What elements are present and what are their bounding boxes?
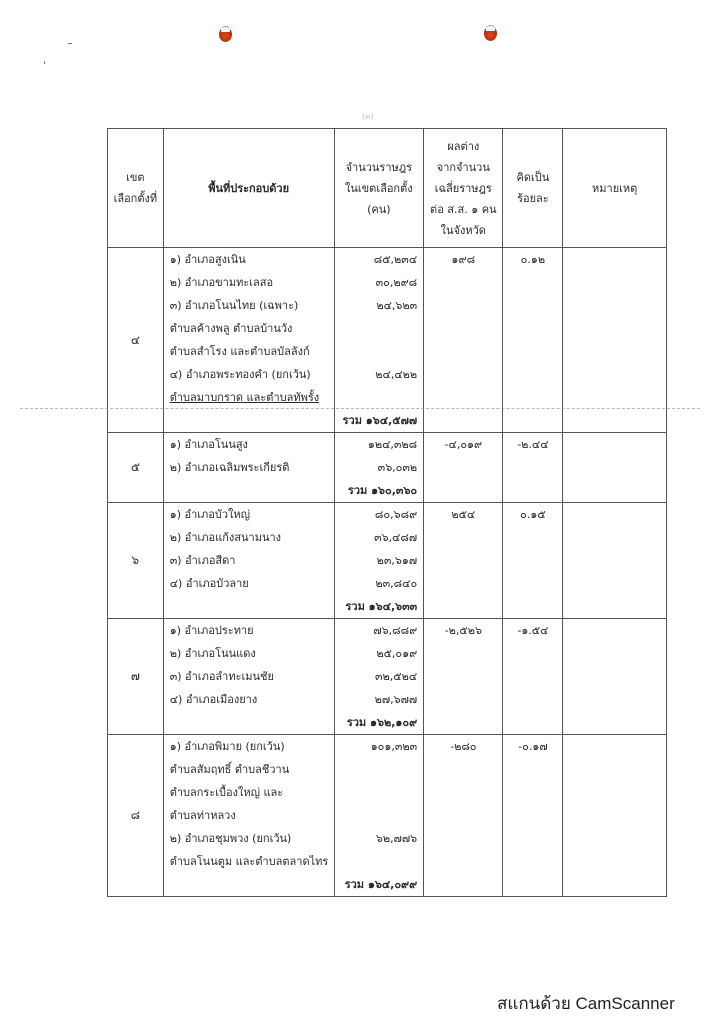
- population-value: ๗๖,๘๘๙: [335, 619, 418, 642]
- population-value: ๒๔,๖๒๓: [335, 294, 418, 317]
- table-row: ๖๑) อำเภอบัวใหญ่๒) อำเภอแก้งสนามนาง๓) อำ…: [108, 503, 667, 619]
- population-list: ๗๖,๘๘๙๒๕,๐๑๙๓๒,๕๒๔๒๗,๖๗๗รวม ๑๖๒,๑๐๙: [334, 619, 424, 735]
- population-value: ๓๒,๕๒๔: [335, 665, 418, 688]
- population-value: ๒๗,๖๗๗: [335, 688, 418, 711]
- table-row: ๕๑) อำเภอโนนสูง๒) อำเภอเฉลิมพระเกียรติ๑๒…: [108, 433, 667, 503]
- percent-value: -๑.๕๔: [503, 619, 563, 735]
- population-value: ๑๒๔,๓๒๘: [335, 433, 418, 456]
- remark-cell: [563, 248, 667, 433]
- table-header-row: เขต เลือกตั้งที่ พื้นที่ประกอบด้วย จำนวน…: [108, 129, 667, 248]
- area-line: ๓) อำเภอโนนไทย (เฉพาะ): [170, 294, 334, 317]
- area-list: ๑) อำเภอสูงเนิน๒) อำเภอขามทะเลสอ๓) อำเภอ…: [163, 248, 334, 433]
- population-value: [335, 317, 418, 340]
- area-line: ตำบลสัมฤทธิ์ ตำบลชีวาน: [170, 758, 334, 781]
- area-line: ๒) อำเภอเฉลิมพระเกียรติ: [170, 456, 334, 479]
- difference-value: ๒๕๔: [424, 503, 503, 619]
- population-value: ๘๐,๖๘๙: [335, 503, 418, 526]
- punch-hole-left: [219, 27, 232, 42]
- header-zone: เขต เลือกตั้งที่: [108, 129, 164, 248]
- difference-value: -๒,๕๒๖: [424, 619, 503, 735]
- population-list: ๑๐๑,๓๒๓๖๒,๗๗๖รวม ๑๖๔,๐๙๙: [334, 735, 424, 897]
- header-area: พื้นที่ประกอบด้วย: [163, 129, 334, 248]
- population-total: รวม ๑๖๔,๕๗๗: [335, 409, 418, 432]
- area-line: ตำบลสำโรง และตำบลบัลลังก์: [170, 340, 334, 363]
- population-total: รวม ๑๖๒,๑๐๙: [335, 711, 418, 734]
- area-line: ตำบลกระเบื้องใหญ่ และ: [170, 781, 334, 804]
- constituency-table: เขต เลือกตั้งที่ พื้นที่ประกอบด้วย จำนวน…: [107, 128, 667, 897]
- area-line: ตำบลโนนตูม และตำบลตลาดไทร: [170, 850, 334, 873]
- remark-cell: [563, 735, 667, 897]
- population-list: ๘๐,๖๘๙๓๖,๔๘๗๒๓,๖๑๗๒๓,๘๔๐รวม ๑๖๔,๖๓๓: [334, 503, 424, 619]
- remark-cell: [563, 433, 667, 503]
- population-value: ๓๖,๔๘๗: [335, 526, 418, 549]
- table-row: ๗๑) อำเภอประทาย๒) อำเภอโนนแดง๓) อำเภอลำท…: [108, 619, 667, 735]
- area-line: [170, 595, 334, 618]
- area-line: ตำบลมาบกราด และตำบลทัพรั้ง: [170, 386, 334, 409]
- header-remark: หมายเหตุ: [563, 129, 667, 248]
- area-line: [170, 479, 334, 502]
- area-line: ๑) อำเภอประทาย: [170, 619, 334, 642]
- area-line: [170, 409, 334, 432]
- camscanner-watermark: สแกนด้วย CamScanner: [497, 990, 675, 1017]
- zone-number: ๕: [108, 433, 164, 503]
- zone-number: ๖: [108, 503, 164, 619]
- difference-value: -๒๘๐: [424, 735, 503, 897]
- page-number-mark: (๓): [362, 110, 374, 123]
- percent-value: ๐.๑๒: [503, 248, 563, 433]
- population-total: รวม ๑๖๐,๓๖๐: [335, 479, 418, 502]
- population-list: ๑๒๔,๓๒๘๓๖,๐๓๒รวม ๑๖๐,๓๖๐: [334, 433, 424, 503]
- population-value: ๒๓,๘๔๐: [335, 572, 418, 595]
- area-list: ๑) อำเภอพิมาย (ยกเว้น)ตำบลสัมฤทธิ์ ตำบลช…: [163, 735, 334, 897]
- difference-value: -๔,๐๑๙: [424, 433, 503, 503]
- area-line: ๒) อำเภอชุมพวง (ยกเว้น): [170, 827, 334, 850]
- zone-number: ๔: [108, 248, 164, 433]
- scan-speck: [68, 43, 72, 44]
- header-percent: คิดเป็น ร้อยละ: [503, 129, 563, 248]
- population-value: [335, 340, 418, 363]
- percent-value: -๒.๔๔: [503, 433, 563, 503]
- remark-cell: [563, 619, 667, 735]
- area-line: ๓) อำเภอสีดา: [170, 549, 334, 572]
- population-value: [335, 804, 418, 827]
- area-line: ๑) อำเภอบัวใหญ่: [170, 503, 334, 526]
- population-value: [335, 850, 418, 873]
- population-value: ๓๐,๒๙๘: [335, 271, 418, 294]
- area-list: ๑) อำเภอบัวใหญ่๒) อำเภอแก้งสนามนาง๓) อำเ…: [163, 503, 334, 619]
- population-value: ๒๔,๔๒๒: [335, 363, 418, 386]
- percent-value: -๐.๑๗: [503, 735, 563, 897]
- zone-number: ๘: [108, 735, 164, 897]
- population-value: ๖๒,๗๗๖: [335, 827, 418, 850]
- area-line: ๓) อำเภอลำทะเมนชัย: [170, 665, 334, 688]
- population-total: รวม ๑๖๔,๐๙๙: [335, 873, 418, 896]
- population-value: [335, 758, 418, 781]
- population-total: รวม ๑๖๔,๖๓๓: [335, 595, 418, 618]
- population-value: ๒๓,๖๑๗: [335, 549, 418, 572]
- area-line: ๒) อำเภอขามทะเลสอ: [170, 271, 334, 294]
- table-row: ๘๑) อำเภอพิมาย (ยกเว้น)ตำบลสัมฤทธิ์ ตำบล…: [108, 735, 667, 897]
- area-line: [170, 873, 334, 896]
- population-value: ๑๐๑,๓๒๓: [335, 735, 418, 758]
- area-line: ๔) อำเภอเมืองยาง: [170, 688, 334, 711]
- area-line: ๔) อำเภอบัวลาย: [170, 572, 334, 595]
- area-line: ๒) อำเภอแก้งสนามนาง: [170, 526, 334, 549]
- area-list: ๑) อำเภอประทาย๒) อำเภอโนนแดง๓) อำเภอลำทะ…: [163, 619, 334, 735]
- area-line: ๔) อำเภอพระทองคำ (ยกเว้น): [170, 363, 334, 386]
- percent-value: ๐.๑๕: [503, 503, 563, 619]
- area-line: ๑) อำเภอสูงเนิน: [170, 248, 334, 271]
- population-list: ๘๕,๒๓๔๓๐,๒๙๘๒๔,๖๒๓๒๔,๔๒๒รวม ๑๖๔,๕๗๗: [334, 248, 424, 433]
- area-line: ๒) อำเภอโนนแดง: [170, 642, 334, 665]
- scan-artifact-line: [20, 408, 700, 409]
- area-line: [170, 711, 334, 734]
- remark-cell: [563, 503, 667, 619]
- population-value: [335, 386, 418, 409]
- zone-number: ๗: [108, 619, 164, 735]
- table-row: ๔๑) อำเภอสูงเนิน๒) อำเภอขามทะเลสอ๓) อำเภ…: [108, 248, 667, 433]
- difference-value: ๑๙๘: [424, 248, 503, 433]
- area-line: ตำบลท่าหลวง: [170, 804, 334, 827]
- population-value: [335, 781, 418, 804]
- area-line: ๑) อำเภอโนนสูง: [170, 433, 334, 456]
- area-list: ๑) อำเภอโนนสูง๒) อำเภอเฉลิมพระเกียรติ: [163, 433, 334, 503]
- area-line: ๑) อำเภอพิมาย (ยกเว้น): [170, 735, 334, 758]
- area-line: ตำบลค้างพลู ตำบลบ้านวัง: [170, 317, 334, 340]
- header-population: จำนวนราษฎร ในเขตเลือกตั้ง (คน): [334, 129, 424, 248]
- scan-speck: [44, 61, 45, 64]
- population-value: ๒๕,๐๑๙: [335, 642, 418, 665]
- header-difference: ผลต่าง จากจำนวน เฉลี่ยราษฎร ต่อ ส.ส. ๑ ค…: [424, 129, 503, 248]
- population-value: ๓๖,๐๓๒: [335, 456, 418, 479]
- population-value: ๘๕,๒๓๔: [335, 248, 418, 271]
- punch-hole-right: [484, 26, 497, 41]
